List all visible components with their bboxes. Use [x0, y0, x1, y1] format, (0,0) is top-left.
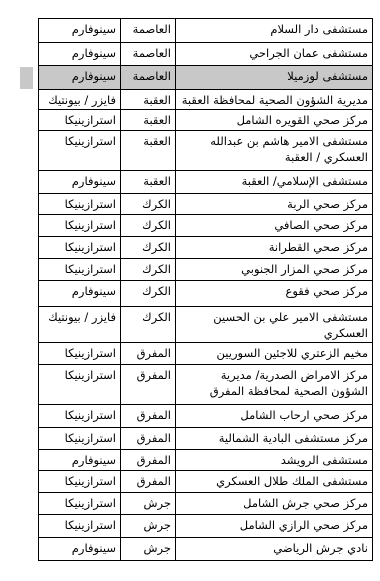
facility-cell: مركز صحي الصافي: [176, 215, 373, 237]
row-highlight-margin-marker: [20, 67, 33, 89]
vaccine-cell: سينوفارم: [39, 538, 121, 561]
facility-cell: مديرية الشؤون الصحية لمحافظة العقبة: [176, 90, 373, 110]
table-row: مركز صحي الربة الكرك استرازينيكا: [39, 194, 373, 215]
governorate-cell: المفرق: [121, 343, 176, 365]
facility-cell: نادي جرش الرياضي: [176, 538, 373, 561]
table-row: مستشفى عمان الجراحي العاصمة سينوفارم: [39, 43, 373, 66]
table-row: مخيم الزعتري للاجئين السوريين المفرق است…: [39, 343, 373, 365]
facility-cell: مستشفى دار السلام: [176, 19, 373, 43]
vaccine-cell: استرازينيكا: [39, 343, 121, 365]
vaccine-cell: سينوفارم: [39, 450, 121, 471]
table-row: مستشفى الرويشد المفرق سينوفارم: [39, 450, 373, 471]
governorate-cell: الكرك: [121, 307, 176, 343]
vaccine-cell: استرازينيكا: [39, 405, 121, 428]
governorate-cell: جرش: [121, 515, 176, 538]
governorate-cell: المفرق: [121, 471, 176, 493]
governorate-cell: المفرق: [121, 450, 176, 471]
table-row: مركز صحي ارحاب الشامل المفرق استرازينيكا: [39, 405, 373, 428]
vaccine-cell: فايزر / بيونتيك: [39, 307, 121, 343]
facility-cell: مستشفى الإسلامي/ العقبة: [176, 171, 373, 194]
governorate-cell: المفرق: [121, 405, 176, 428]
governorate-cell: المفرق: [121, 428, 176, 450]
table-row: مركز صحي فقوع الكرك سينوفارم: [39, 281, 373, 307]
governorate-cell: جرش: [121, 493, 176, 515]
table-row: مستشفى الملك طلال العسكري المفرق استرازي…: [39, 471, 373, 493]
facility-cell: مركز صحي الرازي الشامل: [176, 515, 373, 538]
facility-cell: مستشفى الرويشد: [176, 450, 373, 471]
governorate-cell: العاصمة: [121, 19, 176, 43]
vaccine-cell: فايزر / بيونتيك: [39, 90, 121, 110]
table-row: مركز مستشفى البادية الشمالية المفرق استر…: [39, 428, 373, 450]
facility-cell: مستشفى لوزميلا: [176, 66, 373, 90]
facility-cell: مستشفى الامير علي بن الحسين العسكري: [176, 307, 373, 343]
facility-cell: مركز مستشفى البادية الشمالية: [176, 428, 373, 450]
table-row-highlighted: مستشفى لوزميلا العاصمة سينوفارم: [39, 66, 373, 90]
governorate-cell: جرش: [121, 538, 176, 561]
table-row: مركز صحي الرازي الشامل جرش استرازينيكا: [39, 515, 373, 538]
vaccine-cell: سينوفارم: [39, 66, 121, 90]
governorate-cell: الكرك: [121, 215, 176, 237]
vaccine-cell: استرازينيكا: [39, 493, 121, 515]
table-row: مركز صحي جرش الشامل جرش استرازينيكا: [39, 493, 373, 515]
table-row: مركز الامراض الصدرية/ مديرية الشؤون الصح…: [39, 365, 373, 405]
vaccine-cell: سينوفارم: [39, 281, 121, 307]
facility-cell: مركز صحي القطرانة: [176, 237, 373, 259]
governorate-cell: العقبة: [121, 90, 176, 110]
vaccine-cell: استرازينيكا: [39, 428, 121, 450]
facility-cell: مركز صحي الربة: [176, 194, 373, 215]
facility-cell: مركز صحي القويره الشامل: [176, 110, 373, 131]
table-row: مركز صحي الصافي الكرك استرازينيكا: [39, 215, 373, 237]
vaccination-centers-table: مستشفى دار السلام العاصمة سينوفارم مستشف…: [38, 18, 373, 561]
facility-cell: مستشفى الملك طلال العسكري: [176, 471, 373, 493]
vaccine-cell: سينوفارم: [39, 43, 121, 66]
vaccine-cell: سينوفارم: [39, 19, 121, 43]
vaccine-cell: استرازينيكا: [39, 237, 121, 259]
facility-cell: مركز صحي ارحاب الشامل: [176, 405, 373, 428]
vaccine-cell: استرازينيكا: [39, 194, 121, 215]
table-row: مستشفى دار السلام العاصمة سينوفارم: [39, 19, 373, 43]
governorate-cell: المفرق: [121, 365, 176, 405]
table-row: مركز صحي المزار الجنوبي الكرك استرازينيك…: [39, 259, 373, 281]
facility-cell: مركز صحي المزار الجنوبي: [176, 259, 373, 281]
governorate-cell: العاصمة: [121, 43, 176, 66]
vaccine-cell: استرازينيكا: [39, 515, 121, 538]
facility-cell: مركز صحي جرش الشامل: [176, 493, 373, 515]
governorate-cell: العقبة: [121, 131, 176, 171]
table-row: مستشفى الامير علي بن الحسين العسكري الكر…: [39, 307, 373, 343]
vaccine-cell: استرازينيكا: [39, 215, 121, 237]
table-row: نادي جرش الرياضي جرش سينوفارم: [39, 538, 373, 561]
document-page: مستشفى دار السلام العاصمة سينوفارم مستشف…: [0, 0, 380, 581]
table-row: مركز صحي القطرانة الكرك استرازينيكا: [39, 237, 373, 259]
governorate-cell: الكرك: [121, 259, 176, 281]
facility-cell: مستشفى عمان الجراحي: [176, 43, 373, 66]
facility-cell: مركز الامراض الصدرية/ مديرية الشؤون الصح…: [176, 365, 373, 405]
table-row: مستشفى الإسلامي/ العقبة العقبة سينوفارم: [39, 171, 373, 194]
facility-cell: مخيم الزعتري للاجئين السوريين: [176, 343, 373, 365]
table-row: مديرية الشؤون الصحية لمحافظة العقبة العق…: [39, 90, 373, 110]
vaccine-cell: استرازينيكا: [39, 365, 121, 405]
vaccine-cell: سينوفارم: [39, 171, 121, 194]
facility-cell: مركز صحي فقوع: [176, 281, 373, 307]
governorate-cell: الكرك: [121, 237, 176, 259]
governorate-cell: العقبة: [121, 171, 176, 194]
vaccine-cell: استرازينيكا: [39, 131, 121, 171]
governorate-cell: الكرك: [121, 194, 176, 215]
vaccine-cell: استرازينيكا: [39, 471, 121, 493]
governorate-cell: الكرك: [121, 281, 176, 307]
table-row: مستشفى الامير هاشم بن عبدالله العسكري / …: [39, 131, 373, 171]
vaccine-cell: استرازينيكا: [39, 110, 121, 131]
vaccine-cell: استرازينيكا: [39, 259, 121, 281]
governorate-cell: العاصمة: [121, 66, 176, 90]
facility-cell: مستشفى الامير هاشم بن عبدالله العسكري / …: [176, 131, 373, 171]
table-row: مركز صحي القويره الشامل العقبة استرازيني…: [39, 110, 373, 131]
governorate-cell: العقبة: [121, 110, 176, 131]
